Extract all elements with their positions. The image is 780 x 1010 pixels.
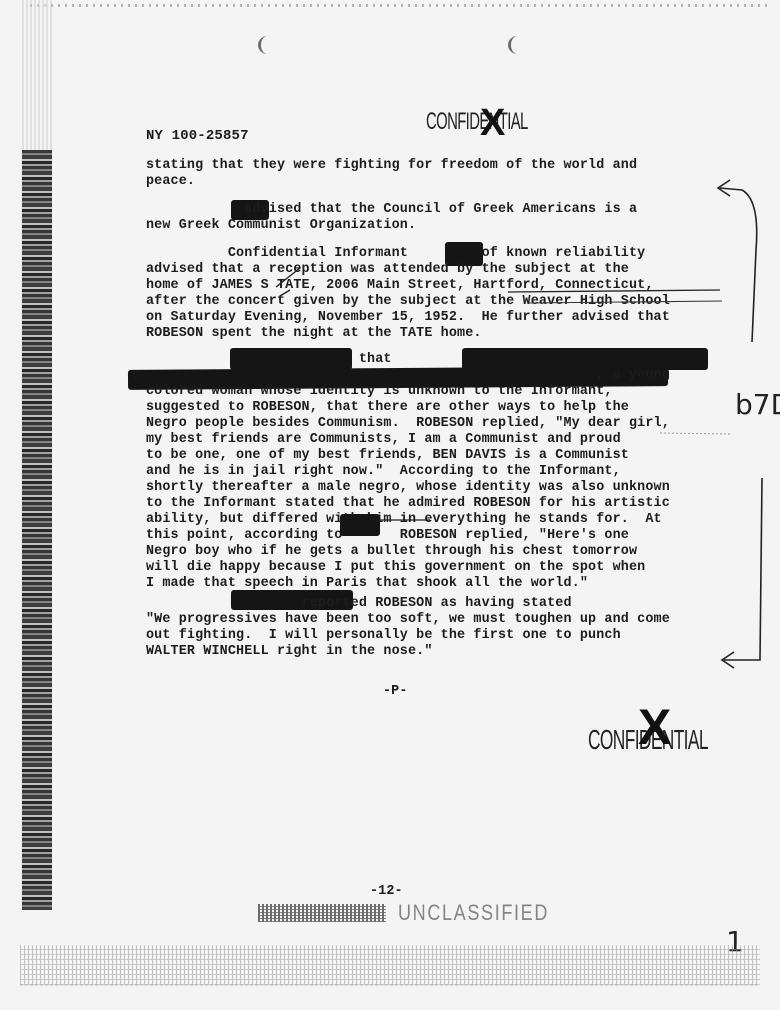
bracket-line-bottom xyxy=(724,478,762,660)
underline-hartford xyxy=(508,290,720,292)
document-page: NY 100-25857 CONFIDENTIAL X stating that… xyxy=(0,0,780,1010)
handwritten-marks xyxy=(0,0,780,1010)
bracket-line-top xyxy=(720,188,757,342)
scan-noise-bottom xyxy=(20,945,760,985)
strike-weaver xyxy=(528,301,722,303)
correction-mark xyxy=(276,268,300,296)
